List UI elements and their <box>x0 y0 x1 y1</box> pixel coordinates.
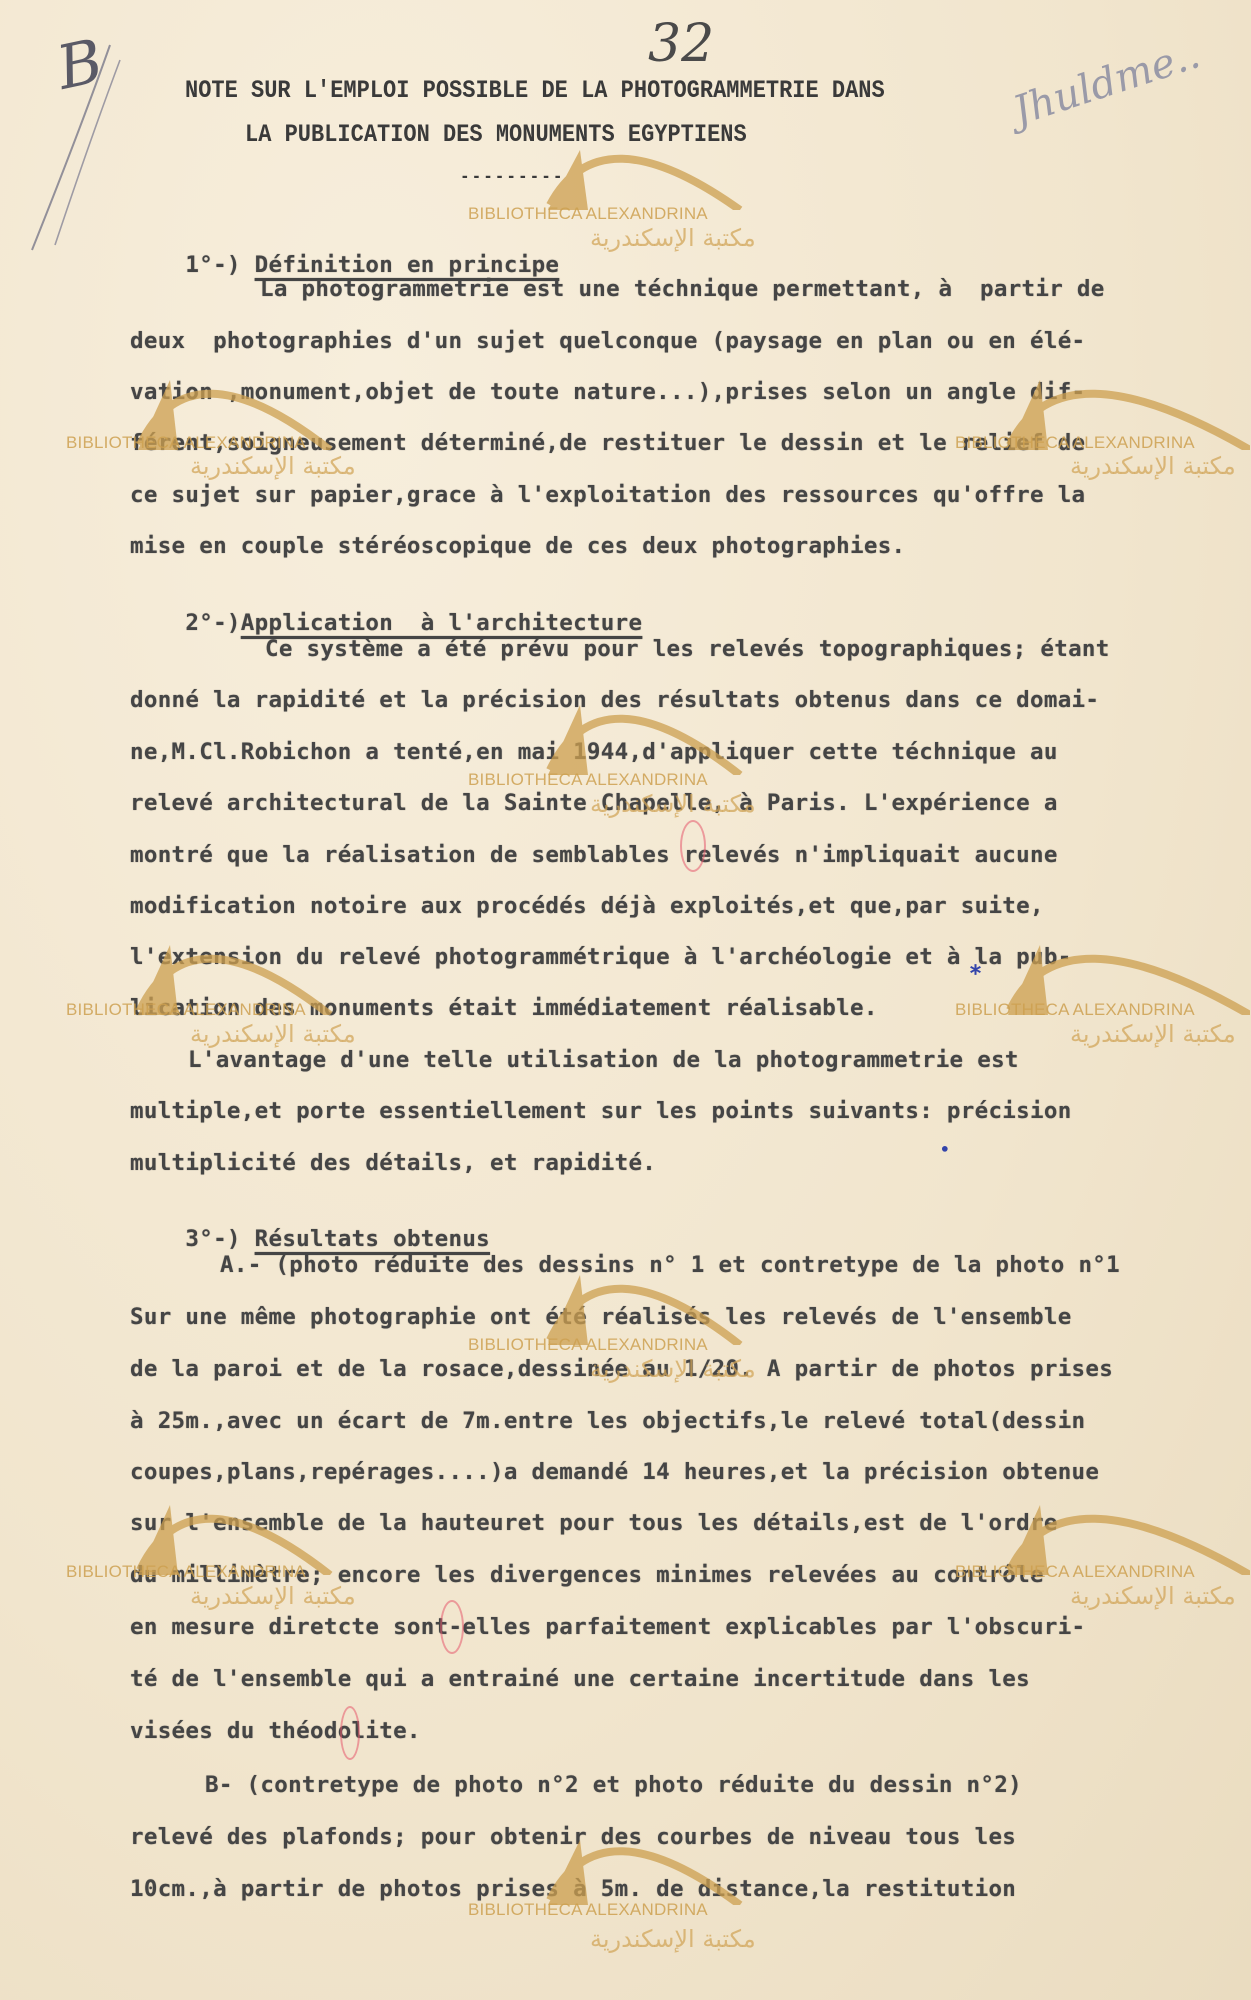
text-line: multiple,et porte essentiellement sur le… <box>130 1098 1072 1124</box>
watermark-logo-arc <box>540 675 780 775</box>
watermark-logo-arc <box>130 1475 370 1575</box>
blue-ink-blot: ⁎ <box>970 955 981 980</box>
text-line: multiplicité des détails, et rapidité. <box>130 1150 656 1176</box>
pencil-slash-mark <box>20 20 130 260</box>
text-line: en mesure diretcte sont-elles parfaiteme… <box>130 1614 1085 1640</box>
text-line: visées du théodolite. <box>130 1718 421 1744</box>
section-title: Application à l'architecture <box>241 610 643 636</box>
watermark-text-arabic: مكتبة الإسكندرية <box>1070 1020 1236 1048</box>
text-line: La photogrammetrie est une téchnique per… <box>260 276 1105 302</box>
section-number: 2°-) <box>185 610 240 636</box>
watermark-text-latin: BIBLIOTHECA ALEXANDRINA <box>468 1335 708 1355</box>
text-line: L'avantage d'une telle utilisation de la… <box>188 1047 1019 1073</box>
watermark-text-latin: BIBLIOTHECA ALEXANDRINA <box>955 1562 1195 1582</box>
watermark-text-latin: BIBLIOTHECA ALEXANDRINA <box>468 204 708 224</box>
text-line: té de l'ensemble qui a entrainé une cert… <box>130 1666 1030 1692</box>
text-line: à 25m.,avec un écart de 7m.entre les obj… <box>130 1408 1085 1434</box>
watermark-text-arabic: مكتبة الإسكندرية <box>1070 1582 1236 1610</box>
watermark-text-latin: BIBLIOTHECA ALEXANDRINA <box>468 770 708 790</box>
watermark-text-arabic: مكتبة الإسكندرية <box>590 790 756 818</box>
watermark-text-latin: BIBLIOTHECA ALEXANDRINA <box>66 433 306 453</box>
watermark-logo-arc <box>540 1245 780 1345</box>
watermark-text-arabic: مكتبة الإسكندرية <box>190 1582 356 1610</box>
document-title-line-1: NOTE SUR L'EMPLOI POSSIBLE DE LA PHOTOGR… <box>185 76 885 105</box>
handwritten-margin-note-right: Jhuldme.. <box>1008 31 1206 134</box>
text-line: montré que la réalisation de semblables … <box>130 842 1058 868</box>
red-pencil-circle-mark <box>680 820 706 872</box>
section-number: 3°-) <box>185 1226 240 1252</box>
watermark-logo-arc <box>1000 1475 1250 1575</box>
red-pencil-circle-mark <box>340 1706 360 1760</box>
red-pencil-circle-mark <box>440 1600 464 1654</box>
watermark-text-arabic: مكتبة الإسكندرية <box>590 224 756 252</box>
section-title: Résultats obtenus <box>255 1226 490 1252</box>
watermark-text-arabic: مكتبة الإسكندرية <box>590 1355 756 1383</box>
text-line: B- (contretype de photo n°2 et photo réd… <box>205 1772 1022 1798</box>
section-title: Définition en principe <box>255 252 560 278</box>
watermark-text-latin: BIBLIOTHECA ALEXANDRINA <box>66 1000 306 1020</box>
text-line: mise en couple stéréoscopique de ces deu… <box>130 533 905 559</box>
watermark-text-arabic: مكتبة الإسكندرية <box>590 1925 756 1953</box>
text-line: Ce système a été prévu pour les relevés … <box>265 636 1110 662</box>
watermark-text-latin: BIBLIOTHECA ALEXANDRINA <box>66 1562 306 1582</box>
watermark-text-arabic: مكتبة الإسكندرية <box>190 1020 356 1048</box>
handwritten-page-number: 32 <box>648 14 714 74</box>
watermark-text-latin: BIBLIOTHECA ALEXANDRINA <box>468 1900 708 1920</box>
watermark-text-arabic: مكتبة الإسكندرية <box>1070 452 1236 480</box>
watermark-text-arabic: مكتبة الإسكندرية <box>190 452 356 480</box>
scanned-document-page: 32 B Jhuldme.. NOTE SUR L'EMPLOI POSSIBL… <box>0 0 1251 2000</box>
watermark-text-latin: BIBLIOTHECA ALEXANDRINA <box>955 433 1195 453</box>
watermark-logo-arc <box>540 1810 780 1905</box>
text-line: ce sujet sur papier,grace à l'exploitati… <box>130 482 1085 508</box>
section-number: 1°-) <box>185 252 240 278</box>
blue-ink-blot: • <box>940 1140 950 1159</box>
watermark-text-latin: BIBLIOTHECA ALEXANDRINA <box>955 1000 1195 1020</box>
watermark-logo-arc <box>540 120 780 210</box>
